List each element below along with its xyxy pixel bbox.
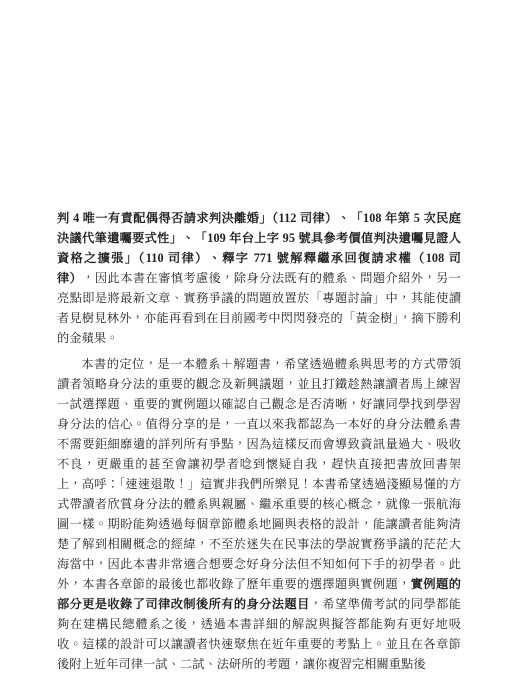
text-run: 本書的定位，是一本體系＋解題書，希望透過體系與思考的方式帶領讀者領略身分法的重要… [57, 357, 461, 591]
paragraph: 本書的定位，是一本體系＋解題書，希望透過體系與思考的方式帶領讀者領略身分法的重要… [57, 354, 461, 674]
text-block: 判 4 唯一有責配偶得否請求判決離婚」（112 司律）、「108 年第 5 次民… [57, 208, 461, 674]
paragraph: 判 4 唯一有責配偶得否請求判決離婚」（112 司律）、「108 年第 5 次民… [57, 208, 461, 348]
book-page: 判 4 唯一有責配偶得否請求判決離婚」（112 司律）、「108 年第 5 次民… [0, 0, 517, 700]
text-run: ，因此本書在審慎考慮後，除身分法既有的體系、問題介紹外，另一亮點即是將最新文章、… [57, 271, 461, 345]
